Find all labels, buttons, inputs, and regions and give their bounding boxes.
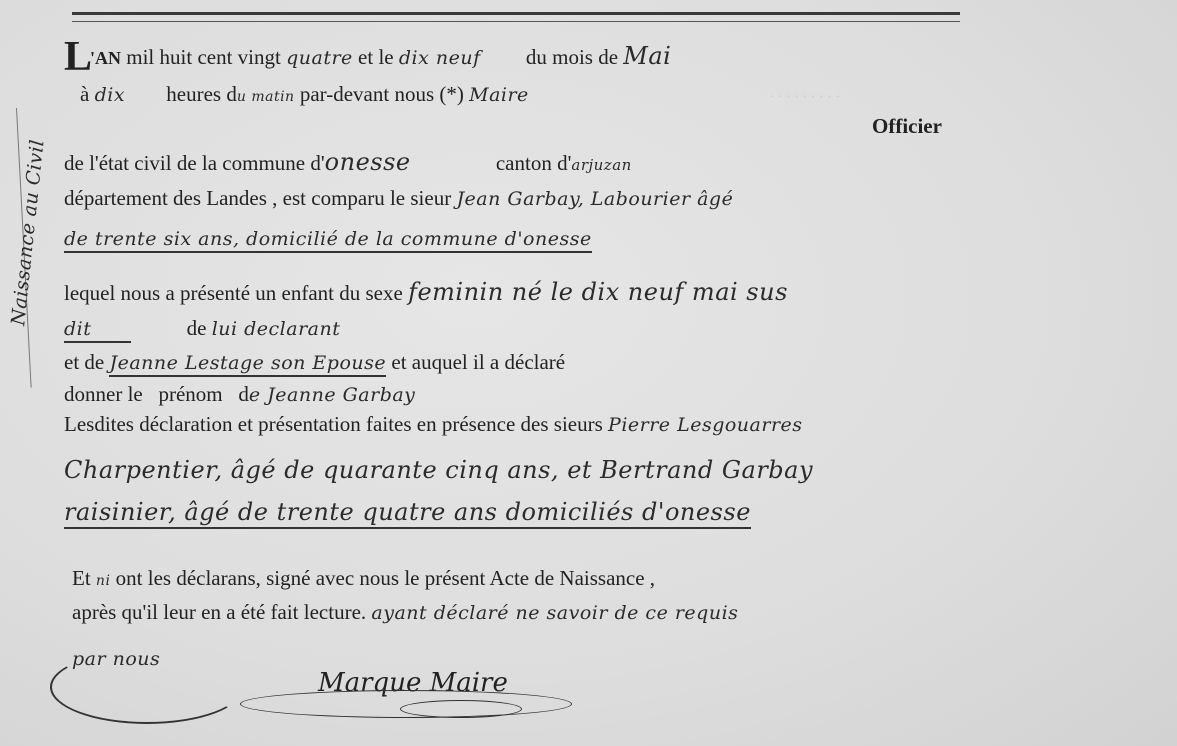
margin-annotation: Naissance au Civil — [7, 155, 47, 326]
top-double-rule — [72, 12, 960, 22]
handwritten-witness-2: Charpentier, âgé de quarante cinq ans, e… — [64, 456, 813, 484]
handwritten-unable-to-sign: ayant déclaré ne savoir de ce requis — [371, 602, 738, 624]
line-witness-details-2: raisinier, âgé de trente quatre ans domi… — [64, 500, 751, 525]
line-comparant: département des Landes , est comparu le … — [64, 186, 733, 211]
line-father-details: de trente six ans, domicilié de la commu… — [64, 226, 592, 251]
line-commune: de l'état civil de la commune d'onesse c… — [64, 150, 632, 177]
handwritten-hour: dix — [95, 84, 125, 106]
handwritten-witness-2-details: raisinier, âgé de trente quatre ans domi… — [64, 498, 751, 529]
line-de-lui: dit de lui declarant — [64, 316, 340, 341]
handwritten-father: Jean Garbay, Labourier âgé — [456, 188, 733, 210]
drop-cap: L — [64, 34, 92, 80]
handwritten-child-sex-birth: feminin né le dix neuf mai sus — [408, 278, 788, 306]
handwritten-month: Mai — [623, 42, 671, 70]
line-signature-statement: Et ni ont les déclarans, signé avec nous… — [72, 566, 655, 593]
line-witness-details-1: Charpentier, âgé de quarante cinq ans, e… — [64, 458, 813, 483]
line-date: L'AN mil huit cent vingt quatre et le di… — [64, 40, 671, 74]
handwritten-day: dix neuf — [399, 47, 481, 69]
handwritten-officer-title: Maire — [469, 84, 529, 106]
line-child-sex: lequel nous a présenté un enfant du sexe… — [64, 280, 788, 305]
scanned-birth-certificate: Naissance au Civil · · · · · · · · · L'A… — [0, 0, 1177, 746]
handwritten-witness-1: Pierre Lesgouarres — [608, 414, 803, 436]
line-prenom: donner le prénom de Jeanne Garbay — [64, 382, 415, 407]
handwritten-child-name: e Jeanne Garbay — [249, 384, 416, 406]
line-hour: à dix heures du matin par-devant nous (*… — [80, 82, 529, 109]
handwritten-father-age-residence: de trente six ans, domicilié de la commu… — [64, 228, 592, 253]
line-mother: et de Jeanne Lestage son Epouse et auque… — [64, 350, 565, 375]
line-officier: Officier — [872, 114, 942, 138]
line-witnesses: Lesdites déclaration et présentation fai… — [64, 412, 803, 437]
handwritten-canton: arjuzan — [571, 156, 631, 174]
signature-paraph-inner — [400, 700, 522, 718]
handwritten-year: quatre — [286, 47, 353, 69]
bleed-through-text: · · · · · · · · · — [770, 90, 840, 106]
handwritten-mother: Jeanne Lestage son Epouse — [109, 352, 386, 377]
handwritten-commune: onesse — [325, 148, 411, 176]
line-reading: après qu'il leur en a été fait lecture. … — [72, 600, 738, 625]
signature-flourish — [50, 650, 244, 724]
